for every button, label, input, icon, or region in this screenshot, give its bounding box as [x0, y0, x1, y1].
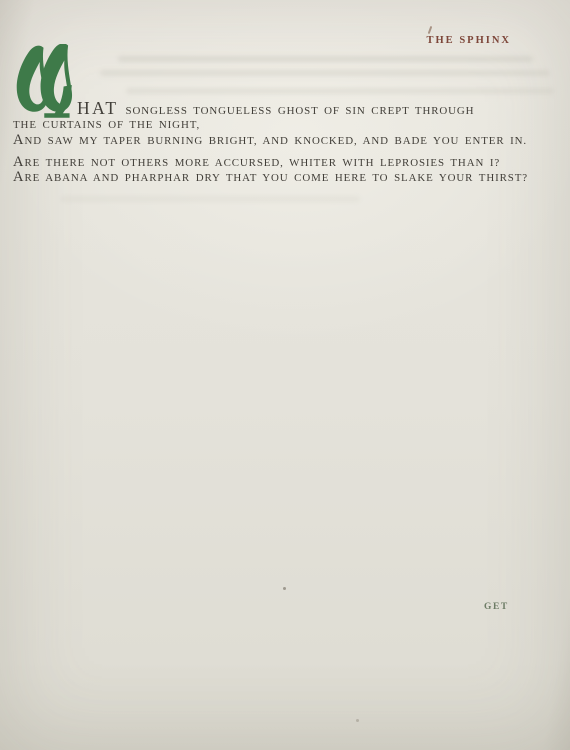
- paper-speck: [283, 587, 286, 590]
- book-page: THE SPHINX HATSONGLESS TONGUELESS GHOST …: [0, 0, 570, 750]
- running-head-title: THE SPHINX: [427, 35, 511, 46]
- catchword: GET: [484, 602, 509, 612]
- poem-line: HATSONGLESS TONGUELESS GHOST OF SIN CREP…: [77, 100, 474, 118]
- drop-cap-initial: [13, 44, 80, 120]
- poem-line-text: ND SAW MY TAPER BURNING BRIGHT, AND KNOC…: [24, 135, 527, 147]
- page-showthrough: [100, 70, 550, 76]
- poem-line: ARE ABANA AND PHARPHAR DRY THAT YOU COME…: [13, 170, 528, 185]
- paper-speck: [356, 719, 359, 722]
- poem-line-text: RE THERE NOT OTHERS MORE ACCURSED, WHITE…: [24, 157, 500, 169]
- poem-line-lead-cap: A: [13, 169, 24, 185]
- page-showthrough: [126, 88, 554, 94]
- poem-line-lead-cap: HAT: [77, 98, 119, 118]
- poem-line: THE CURTAINS OF THE NIGHT,: [13, 117, 200, 132]
- poem-line-text: SONGLESS TONGUELESS GHOST OF SIN CREPT T…: [126, 105, 475, 117]
- poem-line: ARE THERE NOT OTHERS MORE ACCURSED, WHIT…: [13, 155, 500, 170]
- page-showthrough: [118, 56, 533, 62]
- poem-line-text: THE CURTAINS OF THE NIGHT,: [13, 119, 200, 131]
- poem-line-text: RE ABANA AND PHARPHAR DRY THAT YOU COME …: [24, 172, 528, 184]
- stray-ink-mark: [428, 26, 433, 34]
- poem-line: AND SAW MY TAPER BURNING BRIGHT, AND KNO…: [13, 133, 527, 148]
- poem-line-lead-cap: A: [13, 132, 24, 148]
- page-showthrough: [60, 196, 360, 202]
- poem-line-lead-cap: A: [13, 154, 24, 170]
